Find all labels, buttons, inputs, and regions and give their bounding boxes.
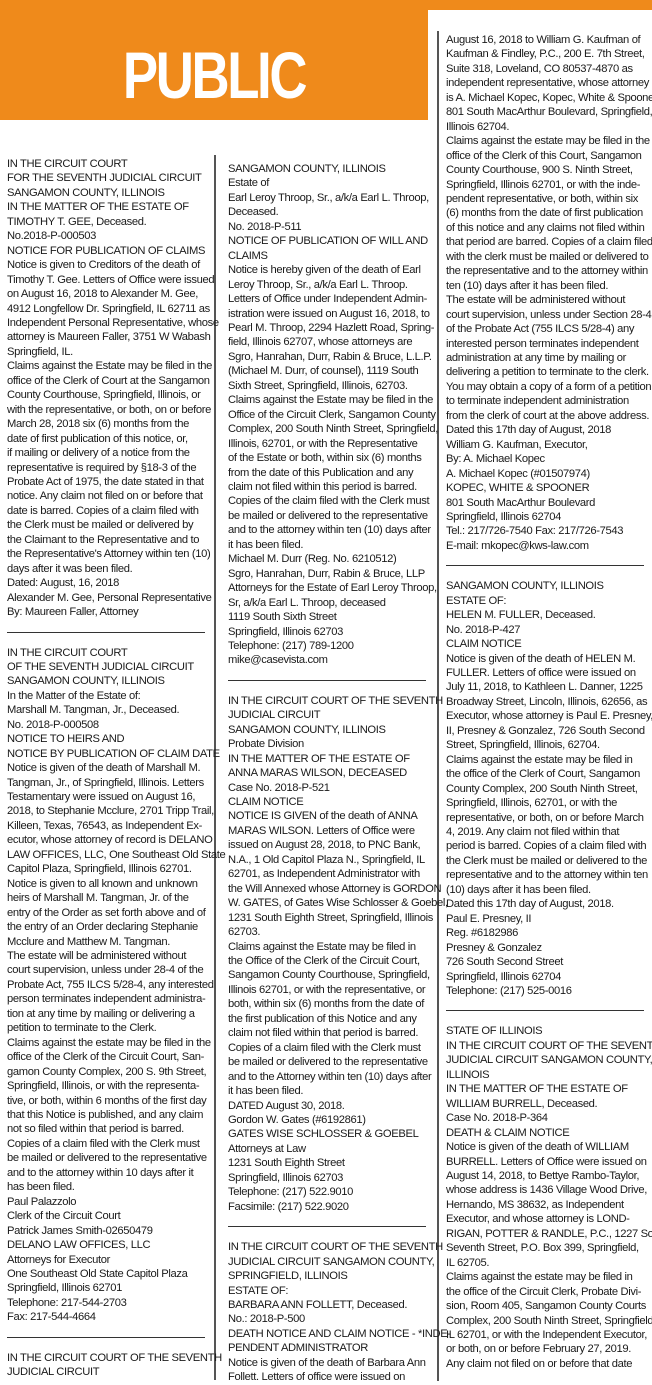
notice-line: July 11, 2018, to Kathleen L. Danner, 12… [446,680,646,694]
notice-line: Illinois 62704. [446,120,646,134]
notice-line: the first publication of this Notice and… [228,1012,428,1026]
notice-line: of this notice and any claims not filed … [446,221,646,235]
notice-line: Independent Personal Representative, who… [7,316,205,330]
notice-line: 801 South MacArthur Boulevard, Springfie… [446,105,646,119]
notice-line: Clerk of the Circuit Court [7,1209,205,1223]
notice-line: Street, Springfield, Illinois, 62704. [446,738,646,752]
notice-line: Sgro, Hanrahan, Durr, Rabin & Bruce, LLP [228,567,428,581]
notice-line: is A. Michael Kopec, Kopec, White & Spoo… [446,91,646,105]
notice-kaufman-continued: August 16, 2018 to William G. Kaufman of… [446,33,646,553]
notice-line: August 16, 2018 to William G. Kaufman of [446,33,646,47]
notice-line: JUDICIAL CIRCUIT [228,708,428,722]
notice-line: (6) months from the date of first public… [446,206,646,220]
notice-divider [446,565,644,566]
notice-line: claim not filed within this period is ba… [228,480,428,494]
notice-line: IN THE CIRCUIT COURT [7,157,205,171]
notice-line: not so filed within that period is barre… [7,1122,205,1136]
notice-line: be mailed or delivered to the representa… [228,1055,428,1069]
notice-line: August 14, 2018, to Bettye Rambo-Taylor, [446,1169,646,1183]
notice-line: delivering a petition to terminate to th… [446,365,646,379]
notice-line: that this Notice is published, and any c… [7,1108,205,1122]
notice-line: field, Illinois 62707, whose attorneys a… [228,335,428,349]
notice-line: SPRINGFIELD, ILLINOIS [228,1269,428,1283]
notice-line: Presney & Gonzalez [446,941,646,955]
notice-line: A. Michael Kopec (#01507974) [446,467,646,481]
notice-line: OF THE SEVENTH JUDICIAL CIRCUIT [7,660,205,674]
notice-line: entry of the Order as set forth above an… [7,906,205,920]
notice-line: The estate will be administered without [446,293,646,307]
notice-line: IN THE CIRCUIT COURT OF THE SEVENTH [228,1240,428,1254]
notice-line: The estate will be administered without [7,949,205,963]
notice-line: and to the Attorney within ten (10) days… [228,1070,428,1084]
notice-line: pendent representative, or both, within … [446,192,646,206]
notice-line: the Will Annexed whose Attorney is GORDO… [228,882,428,896]
notice-line: the Office of the Clerk of the Circuit C… [228,954,428,968]
notice-line: ESTATE OF: [446,594,646,608]
notice-line: date is barred. Copies of a claim filed … [7,504,205,518]
notice-line: court supervision, unless under 28-4 of … [7,963,205,977]
notice-line: IN THE CIRCUIT COURT OF THE SEVENTH [228,694,428,708]
notice-line: ecutor, whose attorney of record is DELA… [7,833,205,847]
notice-line: SANGAMON COUNTY, ILLINOIS [228,162,428,176]
notice-line: Sr, a/k/a Earl L. Throop, deceased [228,596,428,610]
notice-line: 1231 South Eighth Street [228,1156,428,1170]
notice-line: Executor, whose attorney is Paul E. Pres… [446,709,646,723]
notice-line: IN THE CIRCUIT COURT OF THE SEVENTH [7,1351,205,1365]
notice-line: Timothy T. Gee. Letters of Office were i… [7,273,205,287]
notice-line: Sixth Street, Springfield, Illinois, 627… [228,379,428,393]
notice-line: Any claim not filed on or before that da… [446,1357,646,1371]
notice-line: Springfield, Illinois 62703 [228,625,428,639]
notice-line: period is barred. Copies of a claim file… [446,839,646,853]
notice-line: Complex, 200 South Ninth Street, Springf… [446,1314,646,1328]
notice-line: 2018, to Stephanie Mcclure, 2701 Tripp T… [7,804,205,818]
notice-line: 62703. [228,925,428,939]
notice-line: gamon County Complex, 200 S. 9th Street, [7,1065,205,1079]
notice-line: Tangman, Jr., of Springfield, Illinois. … [7,776,205,790]
notice-line: Leroy Throop, Sr., a/k/a Earl L. Throop. [228,278,428,292]
notice-line: Patrick James Smith-02650479 [7,1224,205,1238]
notice-line: Pearl M. Throop, 2294 Hazlett Road, Spri… [228,321,428,335]
notice-divider [228,680,426,681]
notice-line: HELEN M. FULLER, Deceased. [446,608,646,622]
notice-line: Claims against the estate may be filed i… [446,1270,646,1284]
notice-line: Attorneys for the Estate of Earl Leroy T… [228,581,428,595]
notice-line: petition to terminate to the Clerk. [7,1021,205,1035]
notice-line: issued on August 28, 2018, to PNC Bank, [228,838,428,852]
notice-line: JUDICIAL CIRCUIT SANGAMON COUNTY, [446,1053,646,1067]
notice-line: BARBARA ANN FOLLETT, Deceased. [228,1298,428,1312]
notice-timothy-gee: IN THE CIRCUIT COURTFOR THE SEVENTH JUDI… [7,157,205,620]
notice-line: E-mail: mkopec@kws-law.com [446,539,646,553]
notice-line: Attorneys at Law [228,1142,428,1156]
notice-divider [7,1337,205,1338]
notice-line: Claims against the estate may be filed i… [446,134,646,148]
notice-line: Illinois 62701, or with the representati… [228,983,428,997]
notice-line: Probate Act of 1975, the date stated in … [7,475,205,489]
notice-line: NOTICE TO HEIRS AND [7,732,205,746]
notice-line: Tel.: 217/726-7540 Fax: 217/726-7543 [446,524,646,538]
notice-line: CLAIM NOTICE [228,795,428,809]
notice-line: By: Maureen Faller, Attorney [7,605,205,619]
notice-line: the entry of an Order declaring Stephani… [7,920,205,934]
notice-line: 62701, as Independent Administrator with [228,867,428,881]
notice-line: IN THE CIRCUIT COURT OF THE SEVENTH [446,1039,646,1053]
notice-line: days after it was been filed. [7,562,205,576]
notice-marshall-tangman: IN THE CIRCUIT COURTOF THE SEVENTH JUDIC… [7,646,205,1325]
notice-line: claim not filed within that period is ba… [228,1026,428,1040]
notice-line: DATED August 30, 2018. [228,1099,428,1113]
notice-line: both, within six (6) months from the dat… [228,997,428,1011]
notice-line: Alexander M. Gee, Personal Representativ… [7,591,205,605]
notice-line: the Representative's Attorney within ten… [7,547,205,561]
notice-line: LAW OFFICES, LLC, One Southeast Old Stat… [7,848,205,862]
column-1: IN THE CIRCUIT COURTFOR THE SEVENTH JUDI… [7,157,205,1380]
notice-line: No.2018-P-000503 [7,229,205,243]
notice-line: County Complex, 200 South Ninth Street, [446,782,646,796]
notice-line: BURRELL. Letters of Office were issued o… [446,1155,646,1169]
header-banner: PUBLIC NOTICES [0,0,428,120]
notice-line: Suite 318, Loveland, CO 80537-4870 as [446,62,646,76]
notice-line: Dated: August, 16, 2018 [7,576,205,590]
notice-line: from the date of this Publication and an… [228,466,428,480]
notice-line: Telephone: (217) 522.9010 [228,1185,428,1199]
notice-line: Earl Leroy Throop, Sr., a/k/a Earl L. Th… [228,191,428,205]
notice-line: Paul E. Presney, II [446,912,646,926]
notice-divider [228,1226,426,1227]
notice-line: has been filed. [7,1180,205,1194]
notice-anna-wilson: IN THE CIRCUIT COURT OF THE SEVENTHJUDIC… [228,694,428,1214]
notice-line: March 28, 2018 six (6) months from the [7,417,205,431]
notice-line: Gordon W. Gates (#6192861) [228,1113,428,1127]
notice-line: 1119 South Sixth Street [228,610,428,624]
notice-line: DEATH NOTICE AND CLAIM NOTICE - *INDE- [228,1327,428,1341]
notice-line: Killeen, Texas, 76543, as Independent Ex… [7,819,205,833]
notice-line: Springfield, Illinois, or with the repre… [7,1079,205,1093]
notice-line: Probate Division [228,737,428,751]
notice-line: Estate of [228,176,428,190]
notice-line: or both, on or before February 27, 2019. [446,1342,646,1356]
notice-line: Executor, and whose attorney is LOND- [446,1212,646,1226]
notice-line: representative and to the attorney withi… [446,868,646,882]
notice-line: NOTICE BY PUBLICATION OF CLAIM DATE [7,747,205,761]
notice-line: WILLIAM BURRELL, Deceased. [446,1097,646,1111]
notice-line: NOTICE IS GIVEN of the death of ANNA [228,809,428,823]
notice-line: Sgro, Hanrahan, Durr, Rabin & Bruce, L.L… [228,350,428,364]
notice-line: Springfield, IL. [7,345,205,359]
notice-line: Case No. 2018-P-364 [446,1111,646,1125]
notice-line: Dated this 17th day of August, 2018 [446,423,646,437]
notice-line: with the clerk must be mailed or deliver… [446,250,646,264]
notice-continued: IN THE CIRCUIT COURT OF THE SEVENTHJUDIC… [7,1351,205,1380]
notice-line: if mailing or delivery of a notice from … [7,446,205,460]
notice-line: FULLER. Letters of office were issued on [446,666,646,680]
notice-line: it has been filed. [228,538,428,552]
notice-line: County Courthouse, 900 S. Ninth Street, [446,163,646,177]
notice-line: heirs of Marshall M. Tangman, Jr. of the [7,891,205,905]
notice-line: Notice is given to Creditors of the deat… [7,258,205,272]
notice-line: FOR THE SEVENTH JUDICIAL CIRCUIT [7,171,205,185]
notice-line: date of first publication of this notice… [7,432,205,446]
notice-line: DEATH & CLAIM NOTICE [446,1126,646,1140]
notice-line: Office of the Circuit Clerk, Sangamon Co… [228,408,428,422]
notice-line: MARAS WILSON. Letters of Office were [228,824,428,838]
notice-line: ILLINOIS [446,1068,646,1082]
notice-line: tive, or both, within 6 months of the fi… [7,1094,205,1108]
notice-line: Hernando, MS 38632, as Independent [446,1198,646,1212]
notice-line: SANGAMON COUNTY, ILLINOIS [446,579,646,593]
notice-line: Deceased. [228,205,428,219]
notice-line: interested person terminates independent [446,337,646,351]
notice-line: STATE OF ILLINOIS [446,1024,646,1038]
notice-line: KOPEC, WHITE & SPOONER [446,481,646,495]
notice-line: Notice is given of the death of HELEN M. [446,652,646,666]
notice-line: Attorneys for Executor [7,1253,205,1267]
column-2: SANGAMON COUNTY, ILLINOISEstate ofEarl L… [228,162,428,1385]
notice-line: Telephone: (217) 789-1200 [228,639,428,653]
notice-line: One Southeast Old State Capitol Plaza [7,1267,205,1281]
column-divider-1 [214,155,216,1380]
notice-line: it has been filed. [228,1084,428,1098]
notice-line: Illinois, 62701, or with the Representat… [228,437,428,451]
notice-line: of the Estate or both, within six (6) mo… [228,451,428,465]
notice-line: (10) days after it has been filed. [446,883,646,897]
notice-line: Reg. #6182986 [446,926,646,940]
notice-line: No. 2018-P-427 [446,623,646,637]
notice-line: independent representative, whose attorn… [446,76,646,90]
notice-line: from the clerk of court at the above add… [446,409,646,423]
notice-line: the office of the Circuit Clerk, Probate… [446,1285,646,1299]
notice-line: Springfield, Illinois 62704 [446,510,646,524]
notice-line: Marshall M. Tangman, Jr., Deceased. [7,703,205,717]
notice-line: notice. Any claim not filed on or before… [7,489,205,503]
notice-line: mike@casevista.com [228,653,428,667]
notice-line: Sangamon County Courthouse, Springfield, [228,968,428,982]
notice-line: Michael M. Durr (Reg. No. 6210512) [228,552,428,566]
notice-line: (Michael M. Durr, of counsel), 1119 Sout… [228,364,428,378]
notice-line: CLAIM NOTICE [446,637,646,651]
notice-line: Claims against the estate may be filed i… [446,753,646,767]
notice-line: Dated this 17th day of August, 2018. [446,897,646,911]
notice-helen-fuller: SANGAMON COUNTY, ILLINOISESTATE OF:HELEN… [446,579,646,998]
notice-line: office of the Clerk of the Circuit Court… [7,1050,205,1064]
notice-line: ESTATE OF: [228,1284,428,1298]
notice-line: whose address is 1436 Village Wood Drive… [446,1183,646,1197]
notice-line: be mailed or delivered to the representa… [228,509,428,523]
notice-line: You may obtain a copy of a form of a pet… [446,380,646,394]
notice-line: SANGAMON COUNTY, ILLINOIS [7,674,205,688]
column-3: August 16, 2018 to William G. Kaufman of… [446,33,646,1371]
notice-divider [7,632,205,633]
notice-line: Springfield, Illinois 62701 [7,1281,205,1295]
notice-line: IN THE MATTER OF THE ESTATE OF [446,1082,646,1096]
notice-line: II, Presney & Gonzalez, 726 South Second [446,724,646,738]
notice-william-burrell: STATE OF ILLINOISIN THE CIRCUIT COURT OF… [446,1024,646,1371]
notice-line: that period are barred. Copies of a clai… [446,235,646,249]
notice-line: Springfield, Illinois, 62701, or with th… [446,796,646,810]
notice-line: Paul Palazzolo [7,1195,205,1209]
notice-line: Notice is given of the death of Barbara … [228,1356,428,1370]
notice-line: Notice is given to all known and unknown [7,877,205,891]
notice-line: court supervision, unless under Section … [446,308,646,322]
notice-line: DELANO LAW OFFICES, LLC [7,1238,205,1252]
notice-line: 801 South MacArthur Boulevard [446,496,646,510]
notice-line: person terminates independent administra… [7,992,205,1006]
notice-line: IN THE MATTER OF THE ESTATE OF [7,200,205,214]
notice-line: TIMOTHY T. GEE, Deceased. [7,215,205,229]
notice-line: SANGAMON COUNTY, ILLINOIS [7,186,205,200]
notice-line: Springfield, Illinois 62701, or with the… [446,178,646,192]
notice-line: 4912 Longfellow Dr. Springfield, IL 6271… [7,302,205,316]
notice-line: GATES WISE SCHLOSSER & GOEBEL [228,1127,428,1141]
notice-line: Case No. 2018-P-521 [228,781,428,795]
notice-line: 726 South Second Street [446,955,646,969]
notice-line: Claims against the Estate may be filed i… [228,940,428,954]
notice-line: Claims against the Estate may be filed i… [7,359,205,373]
notice-line: PENDENT ADMINISTRATOR [228,1341,428,1355]
notice-line: the office of the Clerk of Court, Sangam… [446,767,646,781]
notice-line: County Courthouse, Springfield, Illinois… [7,388,205,402]
notice-line: Follett. Letters of office were issued o… [228,1370,428,1384]
notice-line: Notice is hereby given of the death of E… [228,263,428,277]
notice-line: By: A. Michael Kopec [446,452,646,466]
notice-line: Telephone: 217-544-2703 [7,1296,205,1310]
notice-divider [446,1010,644,1011]
notice-line: Claims against the estate may be filed i… [7,1036,205,1050]
notice-line: IL 62701, or with the Independent Execut… [446,1328,646,1342]
notice-line: tion at any time by mailing or deliverin… [7,1007,205,1021]
notice-line: Telephone: (217) 525-0016 [446,984,646,998]
notice-line: of the Probate Act (755 ILCS 5/28-4) any [446,322,646,336]
notice-line: Copies of the claim filed with the Clerk… [228,494,428,508]
notice-line: Notice is given of the death of WILLIAM [446,1140,646,1154]
notice-barbara-follett: IN THE CIRCUIT COURT OF THE SEVENTHJUDIC… [228,1240,428,1385]
notice-line: Fax: 217-544-4664 [7,1310,205,1324]
notice-line: Facsimile: (217) 522.9020 [228,1200,428,1214]
notice-earl-throop: SANGAMON COUNTY, ILLINOISEstate ofEarl L… [228,162,428,668]
notice-line: W. GATES, of Gates Wise Schlosser & Goeb… [228,896,428,910]
notice-line: attorney is Maureen Faller, 3751 W Wabas… [7,330,205,344]
notice-line: SANGAMON COUNTY, ILLINOIS [228,723,428,737]
notice-line: the Clerk must be mailed or delivered to… [446,854,646,868]
notice-line: CLAIMS [228,249,428,263]
notice-line: 1231 South Eighth Street, Springfield, I… [228,911,428,925]
notice-line: and to the attorney within ten (10) days… [228,523,428,537]
notice-line: Notice is given of the death of Marshall… [7,761,205,775]
notice-line: be mailed or delivered to the representa… [7,1151,205,1165]
notice-line: Testamentary were issued on August 16, [7,790,205,804]
notice-line: No. 2018-P-000508 [7,718,205,732]
notice-line: Capitol Plaza, Springfield, Illinois 627… [7,862,205,876]
notice-line: Probate Act, 755 ILCS 5/28-4, any intere… [7,978,205,992]
notice-line: administration at any time by mailing or [446,351,646,365]
notice-line: on August 16, 2018 to Alexander M. Gee, [7,287,205,301]
notice-line: Mcclure and Matthew M. Tangman. [7,935,205,949]
notice-line: No.: 2018-P-500 [228,1312,428,1326]
notice-line: Springfield, Illinois 62703 [228,1171,428,1185]
notice-line: IL 62705. [446,1256,646,1270]
notice-line: William G. Kaufman, Executor, [446,438,646,452]
notice-line: IN THE MATTER OF THE ESTATE OF [228,752,428,766]
notice-line: In the Matter of the Estate of: [7,689,205,703]
notice-line: Letters of Office under Independent Admi… [228,292,428,306]
notice-line: with the representative, or both, on or … [7,403,205,417]
notice-line: Copies of a claim filed with the Clerk m… [7,1137,205,1151]
notice-line: NOTICE FOR PUBLICATION OF CLAIMS [7,244,205,258]
notice-line: Broadway Street, Lincoln, Illinois, 6265… [446,695,646,709]
notice-line: Copies of a claim filed with the Clerk m… [228,1041,428,1055]
notice-line: representative is required by §18-3 of t… [7,461,205,475]
notice-line: Complex, 200 South Ninth Street, Springf… [228,422,428,436]
notice-line: RIGAN, POTTER & RANDLE, P.C., 1227 South [446,1227,646,1241]
notice-line: office of the Clerk of this Court, Sanga… [446,149,646,163]
notice-line: Springfield, Illinois 62704 [446,970,646,984]
notice-line: Seventh Street, P.O. Box 399, Springfiel… [446,1241,646,1255]
notice-line: IN THE CIRCUIT COURT [7,646,205,660]
notice-line: No. 2018-P-511 [228,220,428,234]
notice-line: the representative and to the attorney w… [446,264,646,278]
notice-line: N.A., 1 Old Capitol Plaza N., Springfiel… [228,853,428,867]
notice-line: to terminate independent administration [446,394,646,408]
notice-line: sion, Room 405, Sangamon County Courts [446,1299,646,1313]
notice-line: ten (10) days after it has been filed. [446,279,646,293]
notice-line: JUDICIAL CIRCUIT [7,1365,205,1379]
notice-line: NOTICE OF PUBLICATION OF WILL AND [228,234,428,248]
notice-line: the Claimant to the Representative and t… [7,533,205,547]
notice-line: ANNA MARAS WILSON, DECEASED [228,766,428,780]
notice-line: 4, 2019. Any claim not filed within that [446,825,646,839]
notice-line: istration were issued on August 16, 2018… [228,307,428,321]
notice-line: office of the Clerk of Court at the Sang… [7,374,205,388]
notice-line: Kaufman & Findley, P.C., 200 E. 7th Stre… [446,47,646,61]
notice-line: representative, or both, on or before Ma… [446,811,646,825]
notice-line: the Clerk must be mailed or delivered by [7,518,205,532]
notice-line: JUDICIAL CIRCUIT SANGAMON COUNTY, [228,1255,428,1269]
notice-line: and to the attorney within 10 days after… [7,1166,205,1180]
notice-line: Claims against the Estate may be filed i… [228,393,428,407]
